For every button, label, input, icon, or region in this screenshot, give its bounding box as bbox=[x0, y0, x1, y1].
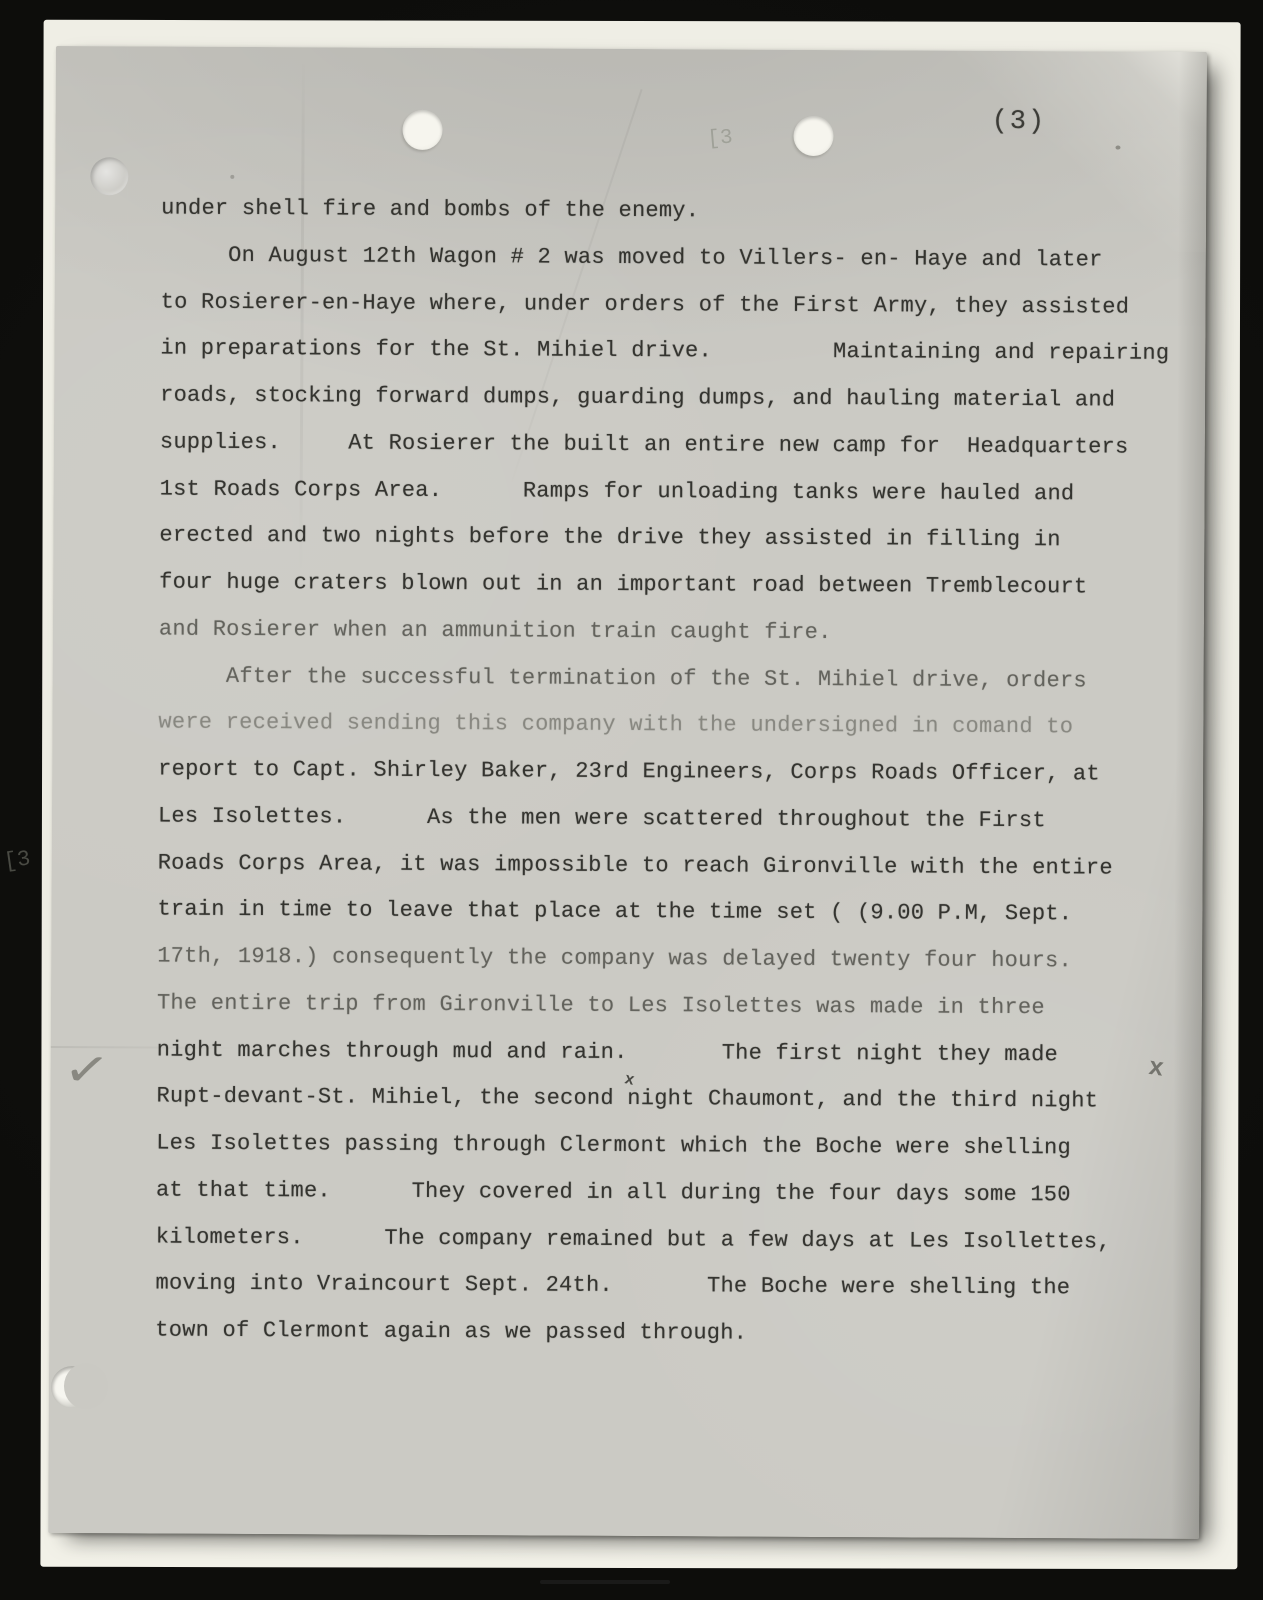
typed-line: On August 12th Wagon # 2 was moved to Vi… bbox=[161, 232, 1206, 284]
typed-line: town of Clermont again as we passed thro… bbox=[155, 1308, 1200, 1360]
typewritten-text: under shell fire and bombs of the enemy.… bbox=[155, 186, 1206, 1360]
partial-punch-hole bbox=[51, 1366, 93, 1408]
typed-line: and Rosierer when an ammunition train ca… bbox=[159, 606, 1204, 658]
punch-hole-icon bbox=[793, 116, 833, 156]
scan-speck bbox=[1115, 146, 1120, 150]
typed-line: The entire trip from Gironville to Les I… bbox=[157, 980, 1202, 1032]
typed-line: roads, stocking forward dumps, guarding … bbox=[160, 373, 1205, 425]
typed-line: Les Isolettes passing through Clermont w… bbox=[156, 1121, 1201, 1173]
stamp-mark-top: [3 bbox=[707, 126, 734, 151]
typed-line: night marches through mud and rain. The … bbox=[157, 1027, 1202, 1079]
typed-line: at that time. They covered in all during… bbox=[156, 1167, 1201, 1219]
typed-line: moving into Vraincourt Sept. 24th. The B… bbox=[155, 1261, 1200, 1313]
typed-line: four huge craters blown out in an import… bbox=[159, 560, 1204, 612]
stamp-mark-left-margin: [3 bbox=[2, 846, 32, 874]
punch-hole-icon bbox=[402, 110, 442, 150]
page-number: (3) bbox=[992, 107, 1047, 137]
typed-line: After the successful termination of the … bbox=[159, 653, 1204, 705]
typed-line: to Rosierer-en-Haye where, under orders … bbox=[161, 279, 1206, 331]
document-page: (3) [3 ✓ x x under shell fire and bombs … bbox=[48, 46, 1207, 1539]
typed-line: supplies. At Rosierer the built an entir… bbox=[160, 419, 1205, 471]
typed-line: Les Isolettes. As the men were scattered… bbox=[158, 793, 1203, 845]
typed-line: 1st Roads Corps Area. Ramps for unloadin… bbox=[160, 466, 1205, 518]
pencil-checkmark-icon: ✓ bbox=[61, 1040, 113, 1101]
typed-line: were received sending this company with … bbox=[158, 700, 1203, 752]
scan-background: [3 (3) [3 ✓ x x under shell fire and bom… bbox=[0, 0, 1263, 1600]
typed-line: in preparations for the St. Mihiel drive… bbox=[160, 326, 1205, 378]
typed-line: under shell fire and bombs of the enemy. bbox=[161, 186, 1206, 238]
scan-smudge bbox=[540, 1580, 670, 1584]
typed-line: Roads Corps Area, it was impossible to r… bbox=[158, 840, 1203, 892]
typed-line: report to Capt. Shirley Baker, 23rd Engi… bbox=[158, 747, 1203, 799]
scan-speck bbox=[230, 175, 234, 179]
typed-line: erected and two nights before the drive … bbox=[159, 513, 1204, 565]
typed-line: Rupt-devant-St. Mihiel, the second night… bbox=[156, 1074, 1201, 1126]
typed-line: 17th, 1918.) consequently the company wa… bbox=[157, 934, 1202, 986]
typed-line: kilometers. The company remained but a f… bbox=[156, 1214, 1201, 1266]
typed-line: train in time to leave that place at the… bbox=[157, 887, 1202, 939]
embossed-hole-mark bbox=[90, 157, 128, 195]
